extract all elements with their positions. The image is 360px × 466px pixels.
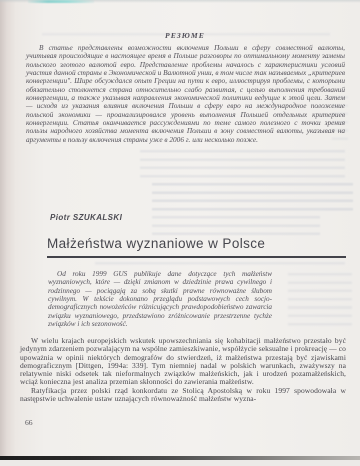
body-paragraph: W wielu krajach europejskich wskutek upo… [20, 337, 346, 387]
author-name: Piotr SZUKALSKI [50, 213, 122, 222]
title-block: Małżeństwa wyznaniowe w Polsce [47, 236, 346, 258]
scanner-artifact-teal-strip [28, 0, 94, 3]
bleedthrough-text [152, 216, 320, 235]
bleedthrough-text [95, 262, 345, 269]
page-number: 66 [25, 418, 33, 427]
article-body: W wielu krajach europejskich wskutek upo… [20, 337, 346, 403]
scanner-artifact-bottom-edge [0, 460, 360, 466]
scanned-journal-page: РЕЗЮМЕ В статье представлены возможности… [0, 0, 360, 466]
article-title: Małżeństwa wyznaniowe w Polsce [47, 236, 346, 251]
article-abstract: Od roku 1999 GUS publikuje dane dotycząc… [48, 270, 272, 328]
bleedthrough-text [288, 273, 352, 330]
bleedthrough-text [152, 183, 353, 213]
body-paragraph: Ratyfikacja przez polski rząd konkordatu… [20, 387, 346, 404]
summary-heading: РЕЗЮМЕ [25, 31, 345, 40]
summary-paragraph: В статье представлены возможности включе… [26, 44, 345, 144]
bleedthrough-text [140, 150, 345, 178]
